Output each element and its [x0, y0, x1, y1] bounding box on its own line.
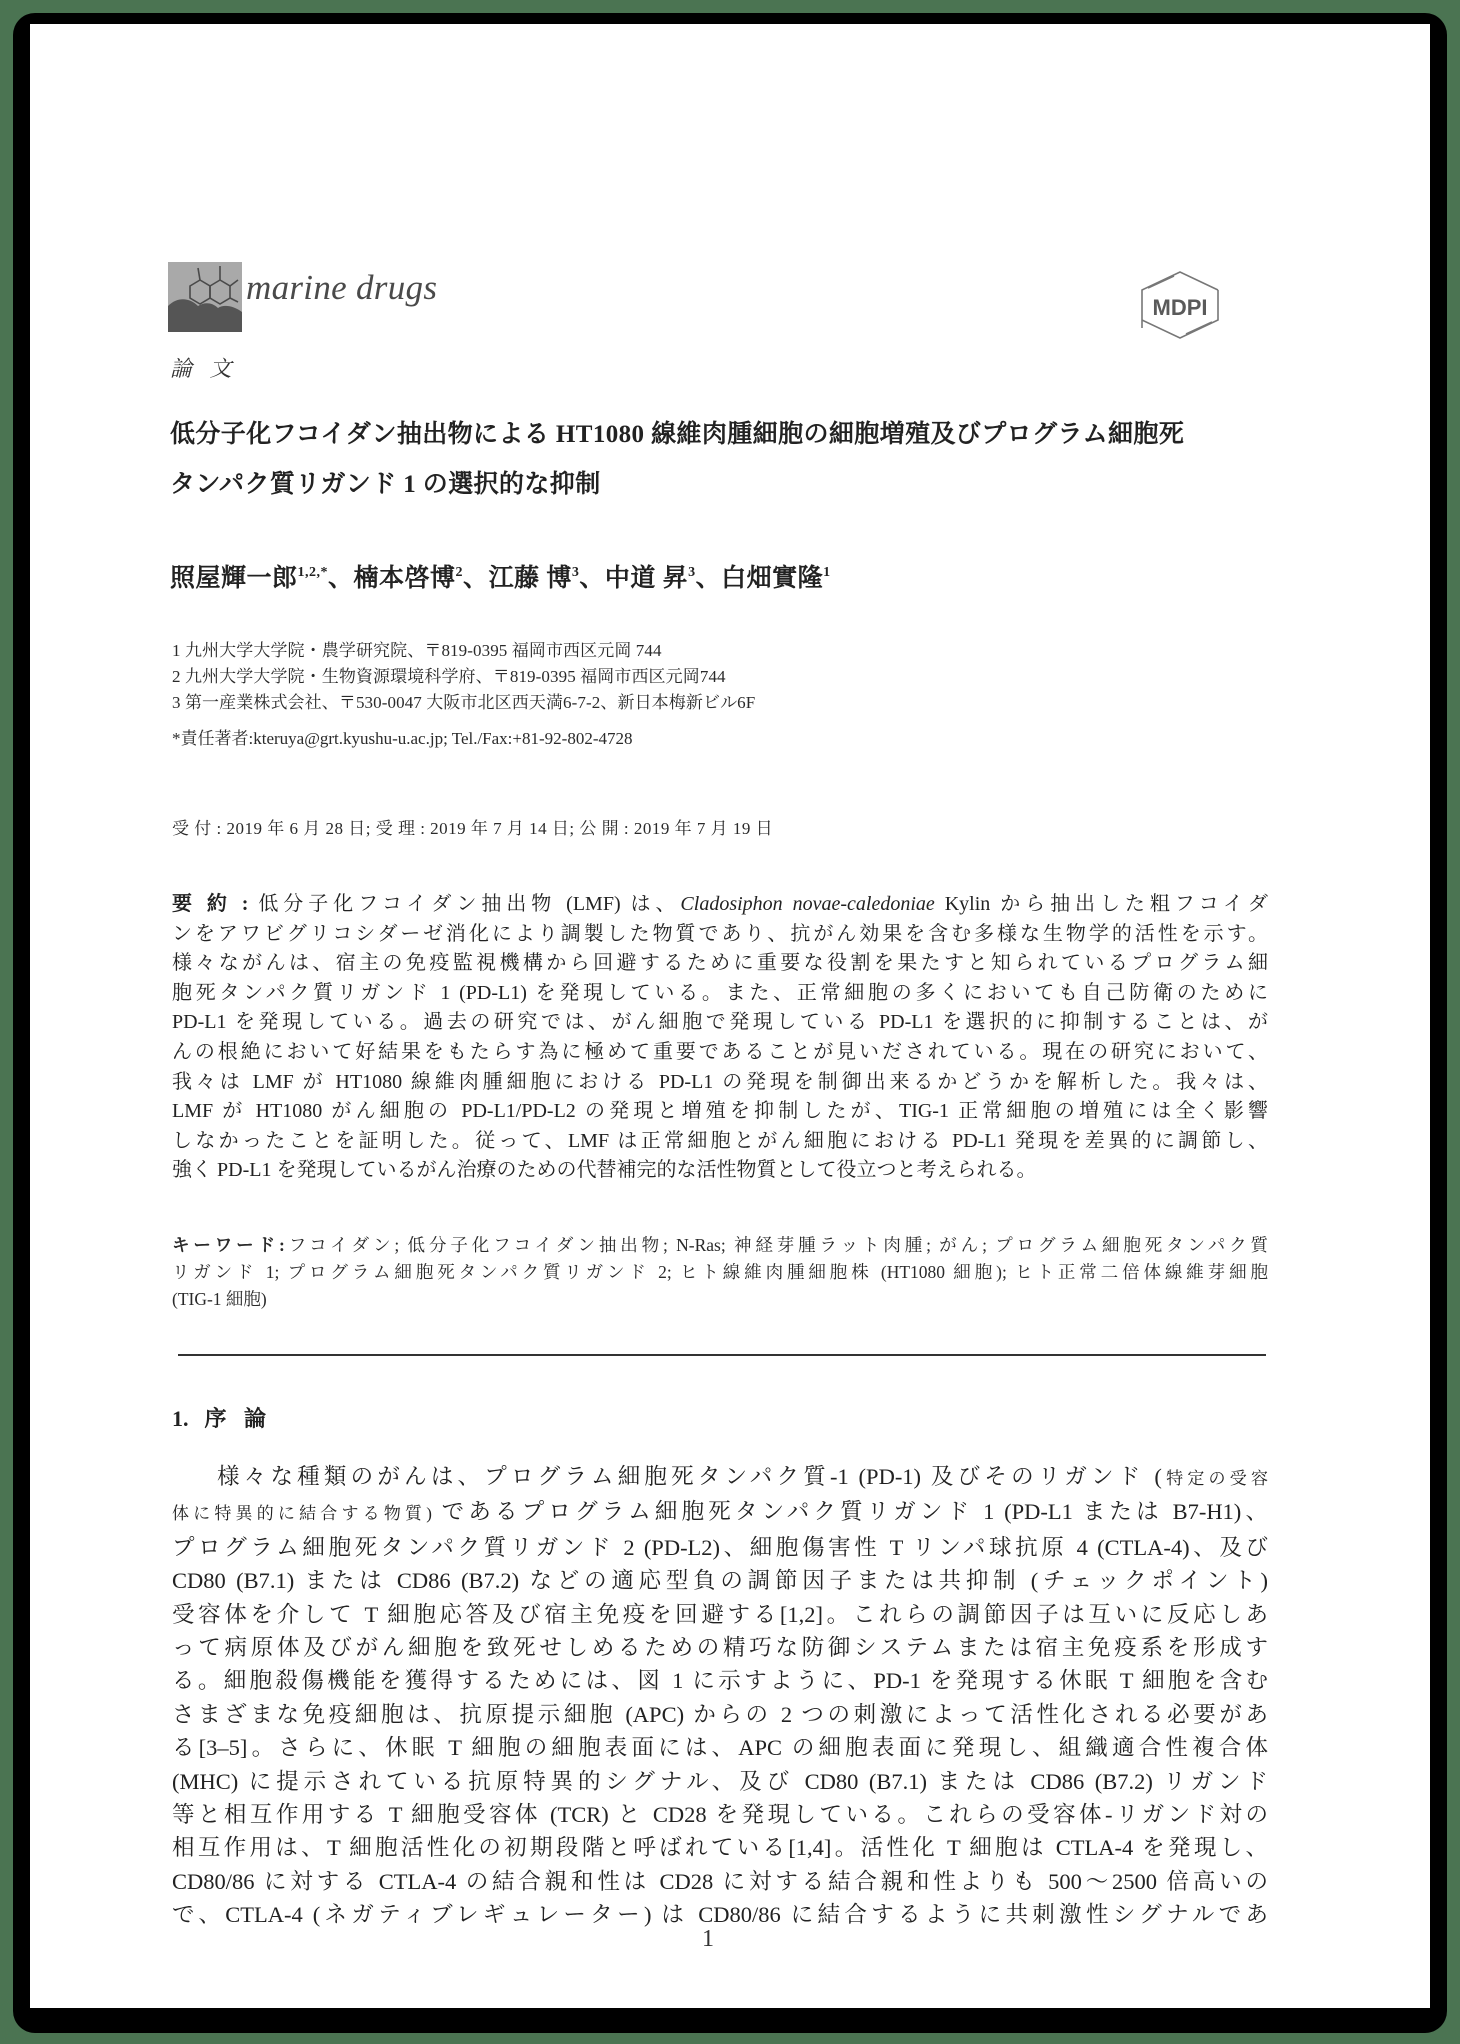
abstract-line: PD-L1 を発現している。過去の研究では、がん細胞で発現している PD-L1 … [172, 1008, 1268, 1038]
body-line: 体に特異的に結合する物質) であるプログラム細胞死タンパク質リガンド 1 (PD… [172, 1495, 1268, 1530]
section-heading: 1.序 論 [172, 1402, 272, 1433]
author: 江藤 博 [489, 565, 572, 592]
svg-text:MDPI: MDPI [1153, 295, 1208, 320]
body-line: さまざまな免疫細胞は、抗原提示細胞 (APC) からの 2 つの刺激によって活性… [172, 1698, 1268, 1731]
author-separator: 、 [463, 565, 489, 592]
author-separator: 、 [328, 565, 354, 592]
body-line: 様々な種類のがんは、プログラム細胞死タンパク質-1 (PD-1) 及びそのリガン… [172, 1460, 1268, 1495]
species-name: Cladosiphon novae-caledoniae [680, 893, 934, 915]
document-page: marine drugs MDPI 論 文 低分子化フコイダン抽出物による HT… [30, 24, 1430, 2008]
journal-name: marine drugs [246, 268, 437, 308]
section-number: 1. [172, 1406, 189, 1431]
abstract-label: 要 約 : [172, 893, 258, 915]
body-line: (MHC) に提示されている抗原特異的シグナル、及び CD80 (B7.1) ま… [172, 1765, 1268, 1798]
body-line: CD80 (B7.1) または CD86 (B7.2) などの適応型負の調節因子… [172, 1564, 1268, 1597]
marine-drugs-logo-icon [168, 262, 242, 332]
section-title: 序 論 [205, 1406, 273, 1431]
body-line: 等と相互作用する T 細胞受容体 (TCR) と CD28 を発現している。これ… [172, 1798, 1268, 1831]
body-line: って病原体及びがん細胞を致死せしめるための精巧な防御システムまたは宿主免疫系を形… [172, 1631, 1268, 1664]
abstract-line: 胞死タンパク質リガンド 1 (PD-L1) を発現している。また、正常細胞の多く… [172, 979, 1268, 1009]
body-line: で、CTLA-4 (ネガティブレギュレーター) は CD80/86 に結合するよ… [172, 1898, 1268, 1931]
corresponding-author: *責任著者:kteruya@grt.kyushu-u.ac.jp; Tel./F… [172, 724, 632, 749]
author-affiliation-mark: 1 [823, 565, 831, 580]
abstract-line: 強く PD-L1 を発現しているがん治療のための代替補完的な活性物質として役立つ… [172, 1156, 1268, 1186]
author-separator: 、 [579, 565, 605, 592]
body-line: プログラム細胞死タンパク質リガンド 2 (PD-L2)、細胞傷害性 T リンパ球… [172, 1531, 1268, 1564]
author-list: 照屋輝一郎1,2,*、楠本啓博2、江藤 博3、中道 昇3、白畑實隆1 [170, 558, 831, 594]
publication-dates: 受 付 : 2019 年 6 月 28 日; 受 理 : 2019 年 7 月 … [172, 814, 773, 839]
author-separator: 、 [696, 565, 722, 592]
author-affiliation-mark: 3 [688, 565, 696, 580]
body-line: CD80/86 に対する CTLA-4 の結合親和性は CD28 に対する結合親… [172, 1865, 1268, 1898]
abstract-line: ンをアワビグリコシダーゼ消化により調製した物質であり、抗がん効果を含む多様な生物… [172, 920, 1268, 950]
article-type: 論 文 [170, 352, 238, 383]
author: 照屋輝一郎 [170, 565, 298, 592]
keywords: キーワード:フコイダン; 低分子化フコイダン抽出物; N-Ras; 神経芽腫ラッ… [172, 1232, 1268, 1313]
author: 中道 昇 [605, 565, 688, 592]
abstract-line: LMF が HT1080 がん細胞の PD-L1/PD-L2 の発現と増殖を抑制… [172, 1097, 1268, 1127]
body-line-text: 様々な種類のがんは、プログラム細胞死タンパク質-1 (PD-1) 及びそのリガン… [217, 1464, 1162, 1489]
author-affiliation-mark: 1,2,* [298, 565, 329, 580]
keywords-line: キーワード:フコイダン; 低分子化フコイダン抽出物; N-Ras; 神経芽腫ラッ… [172, 1232, 1268, 1259]
abstract-line: しなかったことを証明した。従って、LMF は正常細胞とがん細胞における PD-L… [172, 1127, 1268, 1157]
abstract-line: んの根絶において好結果をもたらす為に極めて重要であることが見いだされている。現在… [172, 1038, 1268, 1068]
body-line: 受容体を介して T 細胞応答及び宿主免疫を回避する[1,2]。これらの調節因子は… [172, 1598, 1268, 1631]
abstract-line: 様々ながんは、宿主の免疫監視機構から回避するために重要な役割を果たすと知られてい… [172, 949, 1268, 979]
section-divider [178, 1354, 1266, 1356]
body-text: 様々な種類のがんは、プログラム細胞死タンパク質-1 (PD-1) 及びそのリガン… [172, 1460, 1268, 1932]
abstract-line: 要 約 : 低分子化フコイダン抽出物 (LMF) は、Cladosiphon n… [172, 890, 1268, 920]
keywords-text: フコイダン; 低分子化フコイダン抽出物; N-Ras; 神経芽腫ラット肉腫; が… [285, 1235, 1268, 1255]
body-line: る。細胞殺傷機能を獲得するためには、図 1 に示すように、PD-1 を発現する休… [172, 1664, 1268, 1697]
body-line: 相互作用は、T 細胞活性化の初期段階と呼ばれている[1,4]。活性化 T 細胞は… [172, 1831, 1268, 1864]
body-line-small-text: 特定の受容 [1162, 1469, 1268, 1488]
abstract: 要 約 : 低分子化フコイダン抽出物 (LMF) は、Cladosiphon n… [172, 890, 1268, 1186]
author: 白畑實隆 [721, 565, 823, 592]
abstract-line: 我々は LMF が HT1080 線維肉腫細胞における PD-L1 の発現を制御… [172, 1068, 1268, 1098]
body-line: る[3–5]。さらに、休眠 T 細胞の細胞表面には、APC の細胞表面に発現し、… [172, 1731, 1268, 1764]
keywords-label: キーワード: [172, 1235, 285, 1255]
keywords-line: (TIG-1 細胞) [172, 1286, 1268, 1313]
mdpi-logo-icon: MDPI [1138, 270, 1222, 340]
author-affiliation-mark: 2 [456, 565, 464, 580]
affiliation-3: 3 第一産業株式会社、〒530-0047 大阪市北区西天満6-7-2、新日本梅新… [172, 688, 755, 713]
article-title-line-2: タンパク質リガンド 1 の選択的な抑制 [170, 464, 601, 500]
body-line-text: であるプログラム細胞死タンパク質リガンド 1 (PD-L1 または B7-H1)… [432, 1499, 1268, 1524]
keywords-line: リガンド 1; プログラム細胞死タンパク質リガンド 2; ヒト線維肉腫細胞株 (… [172, 1259, 1268, 1286]
affiliation-1: 1 九州大学大学院・農学研究院、〒819-0395 福岡市西区元岡 744 [172, 636, 662, 661]
page-number: 1 [702, 1926, 714, 1953]
article-title-line-1: 低分子化フコイダン抽出物による HT1080 線維肉腫細胞の細胞増殖及びプログラ… [170, 414, 1184, 450]
affiliation-2: 2 九州大学大学院・生物資源環境科学府、〒819-0395 福岡市西区元岡744 [172, 662, 726, 687]
author: 楠本啓博 [354, 565, 456, 592]
abstract-line-text: 低分子化フコイダン抽出物 (LMF) は、Cladosiphon novae-c… [258, 893, 1268, 915]
body-line-small-text: 体に特異的に結合する物質) [172, 1504, 432, 1523]
